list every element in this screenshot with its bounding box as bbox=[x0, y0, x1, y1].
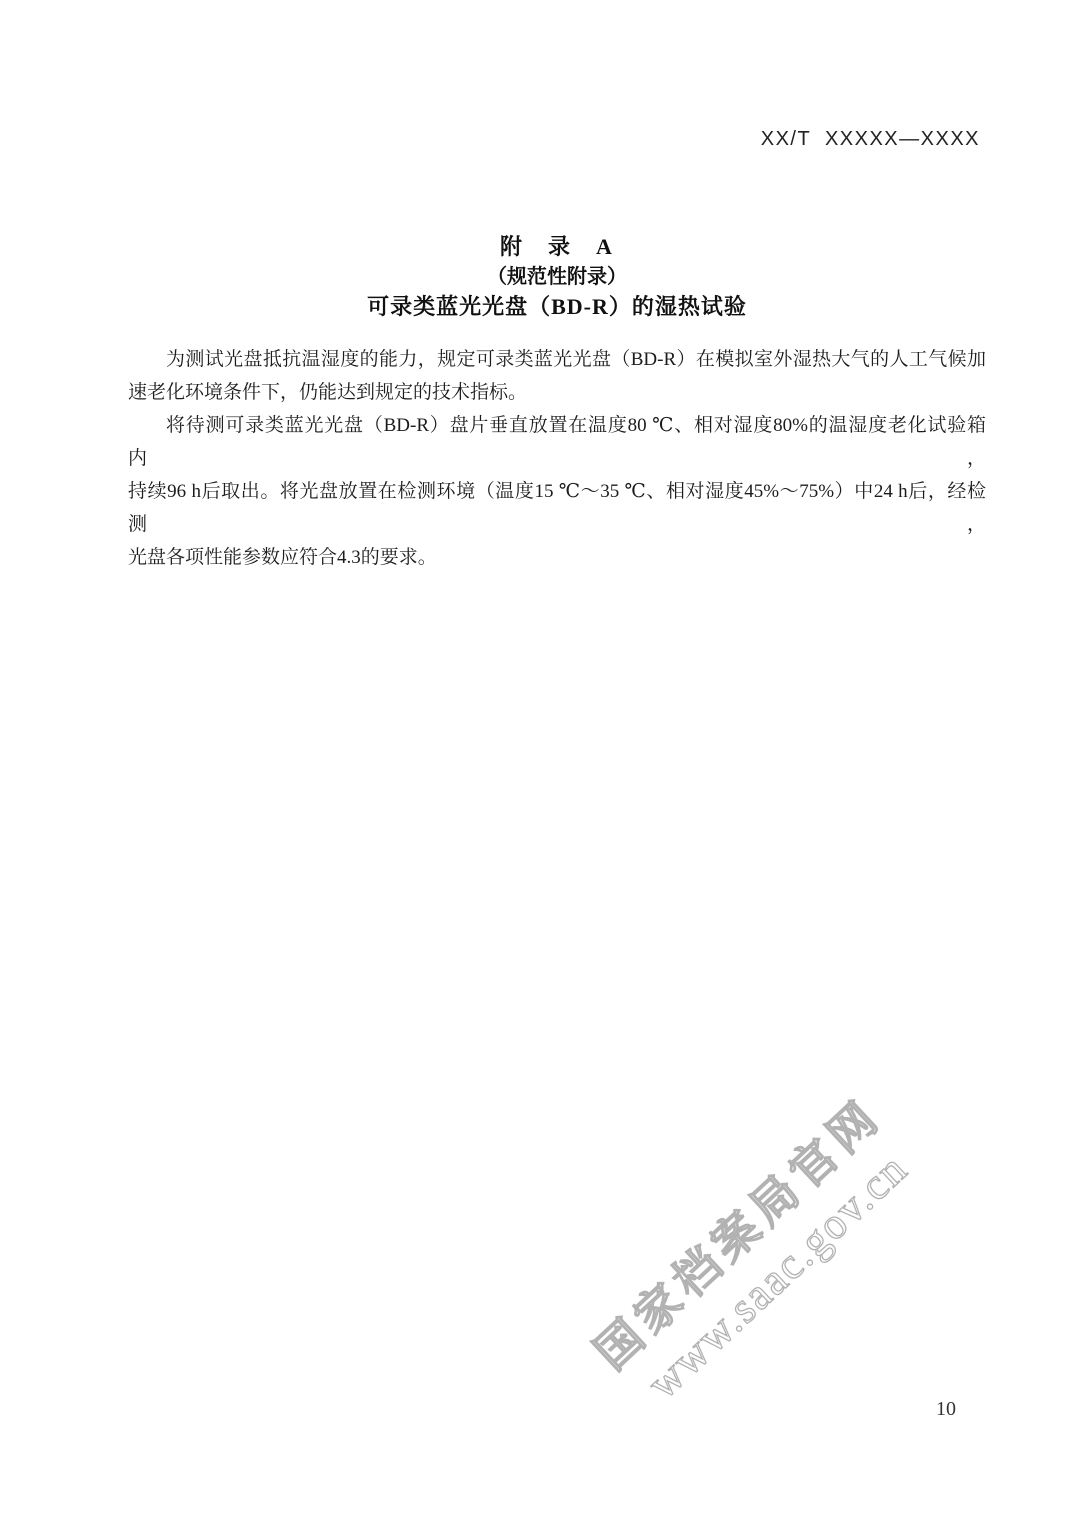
document-page: XX/T XXXXX—XXXX 附 录 A （规范性附录） 可录类蓝光光盘（BD… bbox=[0, 0, 1080, 1527]
appendix-label: 附 录 A bbox=[128, 232, 986, 262]
site-watermark: 国家档案局官网 www.saac.gov.cn bbox=[536, 1043, 979, 1467]
appendix-type: （规范性附录） bbox=[128, 262, 986, 292]
paragraph-line: 持续96 h后取出。将光盘放置在检测环境（温度15 ℃～35 ℃、相对湿度45%… bbox=[128, 475, 986, 541]
page-number: 10 bbox=[936, 1398, 956, 1421]
paragraph-line: 将待测可录类蓝光光盘（BD-R）盘片垂直放置在温度80 ℃、相对湿度80%的温湿… bbox=[128, 409, 986, 475]
paragraph-line: 光盘各项性能参数应符合4.3的要求。 bbox=[128, 541, 986, 574]
watermark-text-url: www.saac.gov.cn bbox=[575, 1085, 980, 1468]
appendix-subject: 可录类蓝光光盘（BD-R）的湿热试验 bbox=[128, 292, 986, 322]
appendix-title-block: 附 录 A （规范性附录） 可录类蓝光光盘（BD-R）的湿热试验 bbox=[128, 232, 986, 322]
body-paragraphs: 为测试光盘抵抗温湿度的能力，规定可录类蓝光光盘（BD-R）在模拟室外湿热大气的人… bbox=[128, 343, 986, 574]
paragraph-2: 将待测可录类蓝光光盘（BD-R）盘片垂直放置在温度80 ℃、相对湿度80%的温湿… bbox=[128, 409, 986, 574]
page-content: 附 录 A （规范性附录） 可录类蓝光光盘（BD-R）的湿热试验 为测试光盘抵抗… bbox=[128, 232, 986, 574]
paragraph-line: 为测试光盘抵抗温湿度的能力，规定可录类蓝光光盘（BD-R）在模拟室外湿热大气的人… bbox=[128, 343, 986, 376]
paragraph-1: 为测试光盘抵抗温湿度的能力，规定可录类蓝光光盘（BD-R）在模拟室外湿热大气的人… bbox=[128, 343, 986, 409]
paragraph-line: 速老化环境条件下，仍能达到规定的技术指标。 bbox=[128, 376, 986, 409]
watermark-text-cn: 国家档案局官网 bbox=[536, 1043, 941, 1426]
standard-code-header: XX/T XXXXX—XXXX bbox=[761, 128, 980, 151]
